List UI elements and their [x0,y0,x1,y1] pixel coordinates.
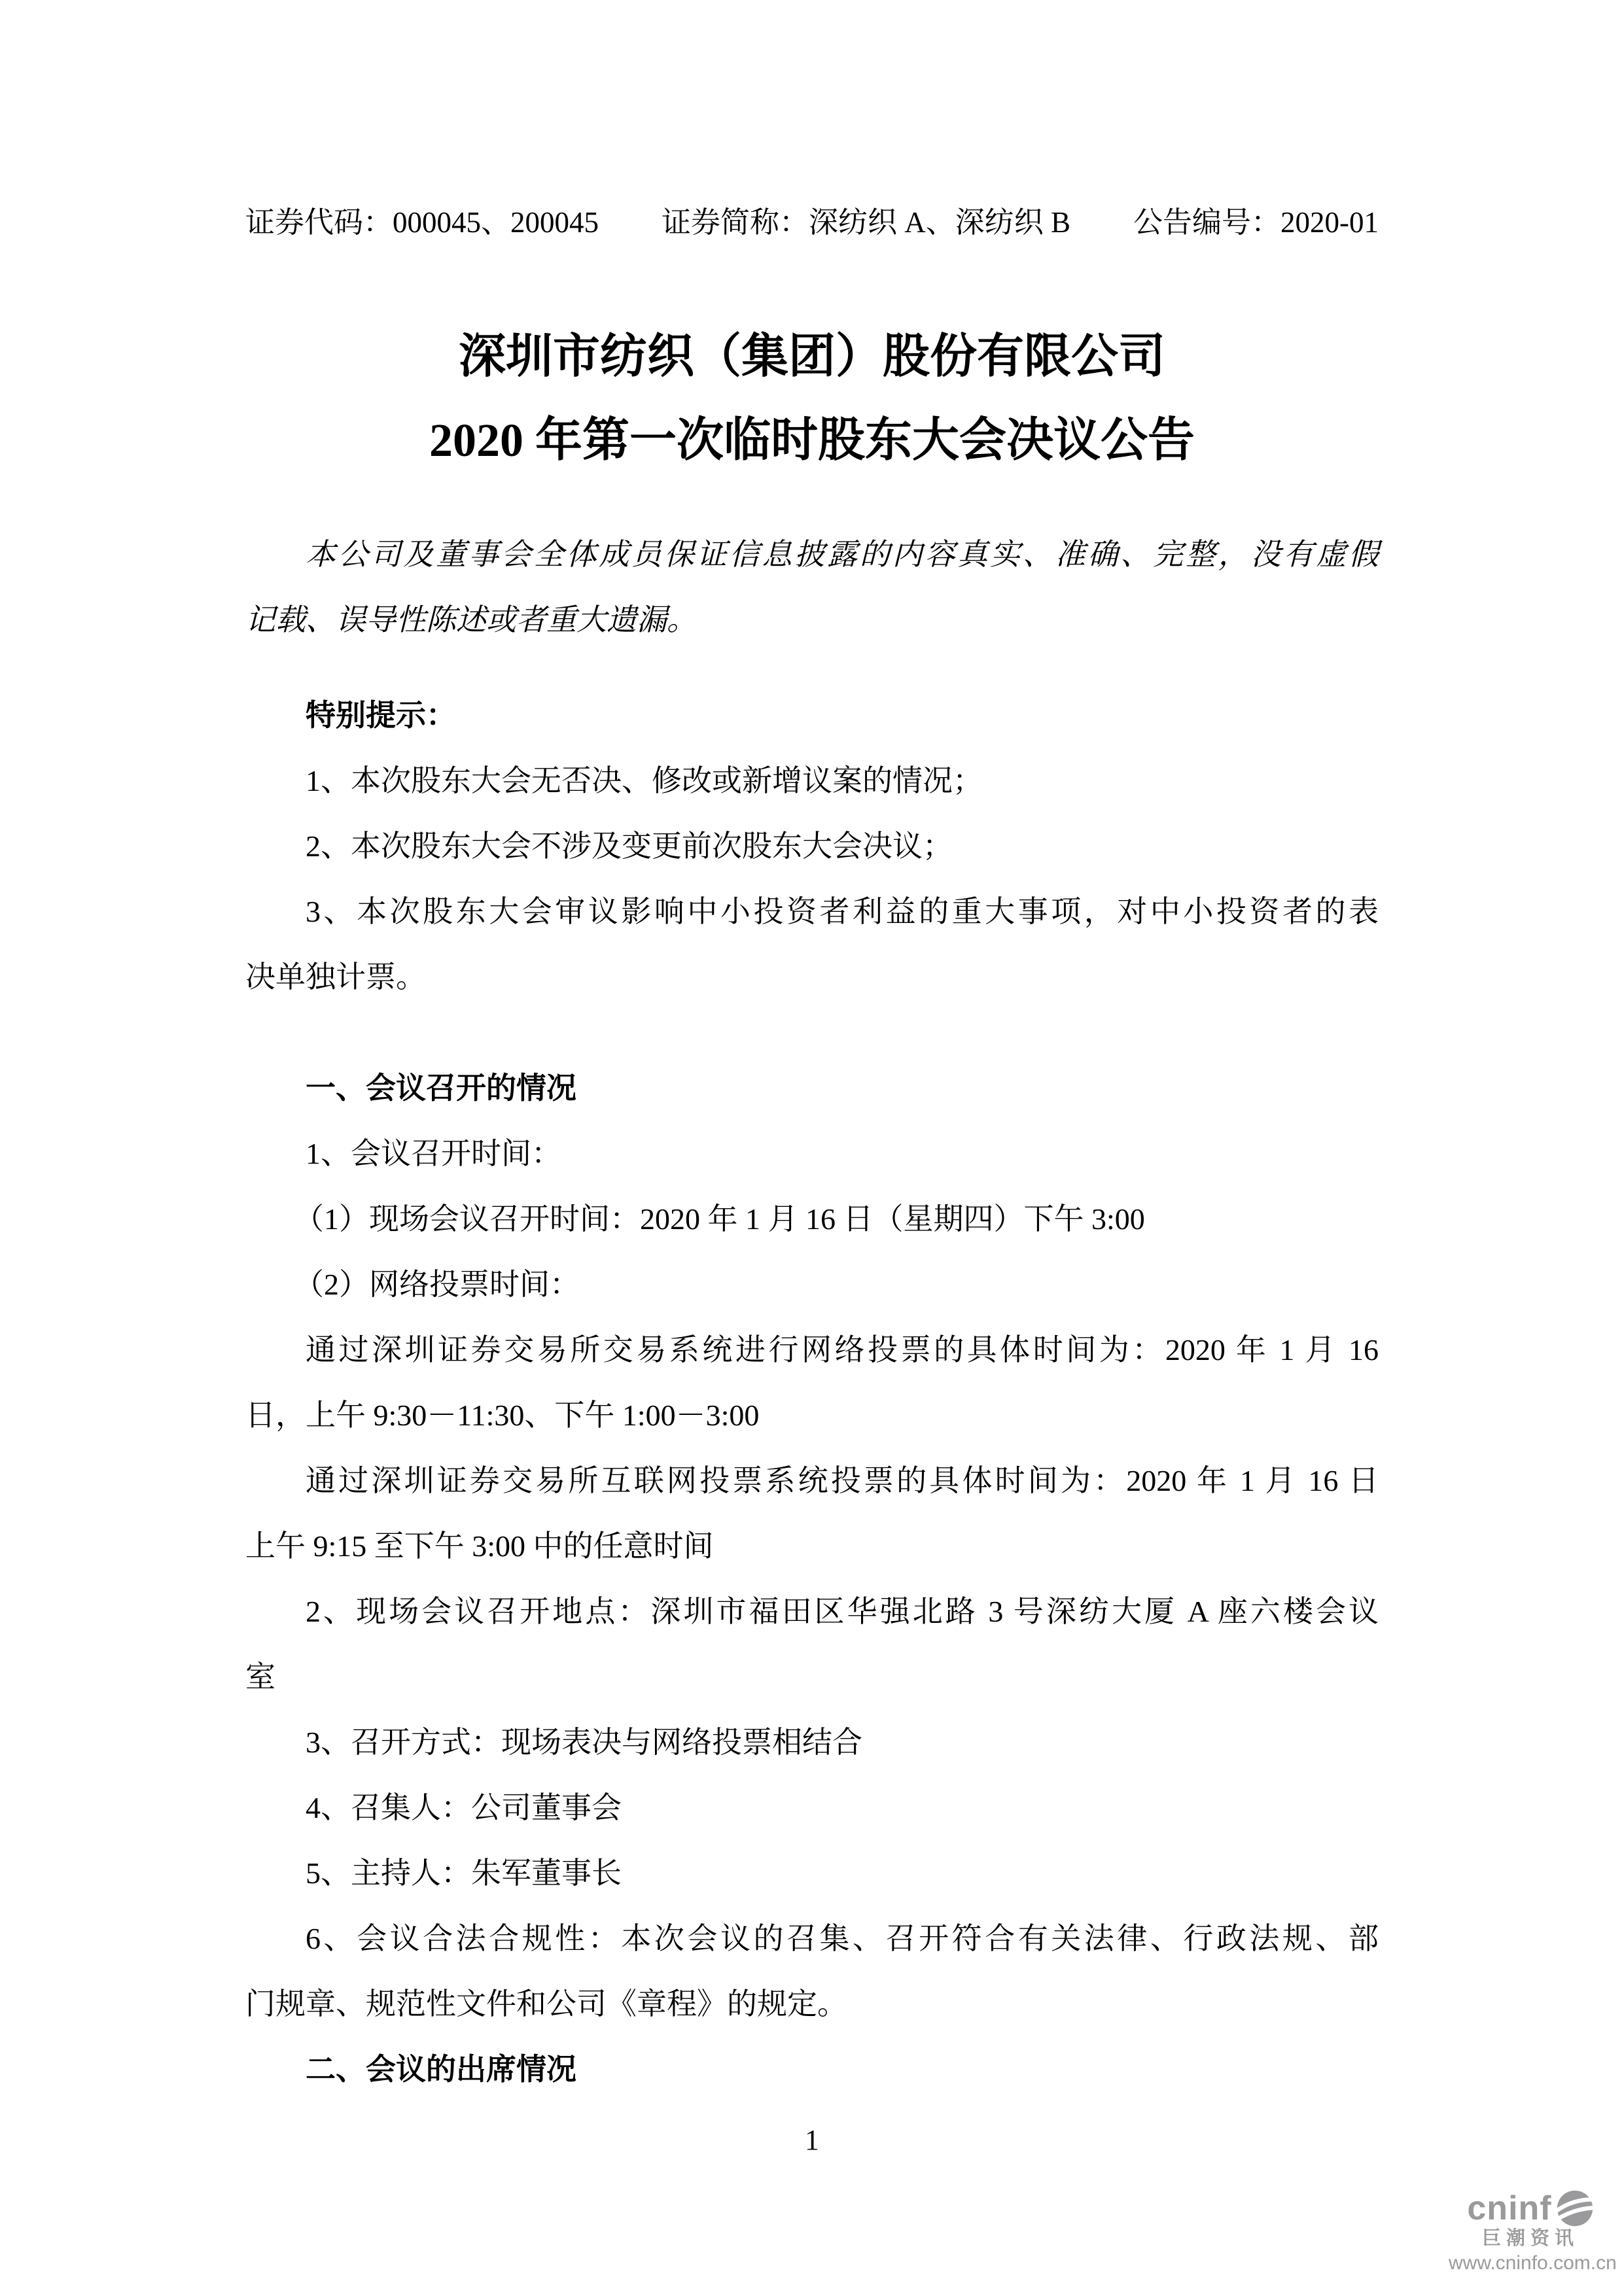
internet-voting-line-1: 通过深圳证券交易所互联网投票系统投票的具体时间为：2020 年 1 月 16 日 [245,1448,1379,1514]
cninfo-url: www.cninfo.com.cn [1449,2252,1612,2274]
disclaimer-paragraph: 本公司及董事会全体成员保证信息披露的内容真实、准确、完整，没有虚假 记载、误导性… [245,522,1379,653]
disclaimer-line-2: 记载、误导性陈述或者重大遗漏。 [245,587,1379,653]
special-tip-item-3-wrap: 决单独计票。 [245,945,1379,1010]
internet-voting-line-2: 上午 9:15 至下午 3:00 中的任意时间 [245,1514,1379,1579]
special-tip-item-3: 3、本次股东大会审议影响中小投资者利益的重大事项，对中小投资者的表 [245,879,1379,945]
meeting-place-line-2: 室 [245,1644,1379,1710]
announcement-title: 2020 年第一次临时股东大会决议公告 [245,404,1379,476]
online-voting-time-label: （2）网络投票时间： [245,1252,1379,1317]
convening-method: 3、召开方式：现场表决与网络投票相结合 [245,1710,1379,1775]
page-number: 1 [245,2114,1379,2166]
cninfo-brand-text: cninf [1467,2190,1551,2227]
section-2-heading: 二、会议的出席情况 [245,2037,1379,2102]
legality-line-2: 门规章、规范性文件和公司《章程》的规定。 [245,1972,1379,2037]
securities-abbreviation: 证券简称：深纺织 A、深纺织 B [662,203,1070,242]
legality-line-1: 6、会议合法合规性：本次会议的召集、召开符合有关法律、行政法规、部 [245,1906,1379,1972]
meeting-place-line-1: 2、现场会议召开地点：深圳市福田区华强北路 3 号深纺大厦 A 座六楼会议 [245,1579,1379,1644]
cninfo-chinese-name: 巨潮资讯 [1449,2229,1612,2250]
document-header-line: 证券代码：000045、200045 证券简称：深纺织 A、深纺织 B 公告编号… [245,203,1379,242]
securities-code: 证券代码：000045、200045 [245,203,599,242]
cninfo-logo: cninf 巨潮资讯 www.cninfo.com.cn [1449,2189,1612,2274]
trading-system-voting-line-1: 通过深圳证券交易所交易系统进行网络投票的具体时间为：2020 年 1 月 16 [245,1317,1379,1383]
trading-system-voting-line-2: 日，上午 9:30－11:30、下午 1:00－3:00 [245,1383,1379,1448]
special-tips-heading: 特别提示： [245,683,1379,748]
cninfo-globe-icon [1556,2189,1594,2227]
section-1-heading: 一、会议召开的情况 [245,1056,1379,1121]
disclaimer-line-1: 本公司及董事会全体成员保证信息披露的内容真实、准确、完整，没有虚假 [245,522,1379,587]
onsite-meeting-time: （1）现场会议召开时间：2020 年 1 月 16 日（星期四）下午 3:00 [245,1187,1379,1252]
company-name-title: 深圳市纺织（集团）股份有限公司 [245,321,1379,392]
announcement-number: 公告编号：2020-01 [1133,203,1379,242]
special-tip-item-1: 1、本次股东大会无否决、修改或新增议案的情况； [245,748,1379,814]
cninfo-logo-top: cninf [1449,2189,1612,2227]
special-tip-item-2: 2、本次股东大会不涉及变更前次股东大会决议； [245,814,1379,879]
convener: 4、召集人：公司董事会 [245,1775,1379,1841]
meeting-time-label: 1、会议召开时间： [245,1121,1379,1187]
document-page: 证券代码：000045、200045 证券简称：深纺织 A、深纺织 B 公告编号… [0,0,1624,2296]
meeting-host: 5、主持人：朱军董事长 [245,1841,1379,1906]
